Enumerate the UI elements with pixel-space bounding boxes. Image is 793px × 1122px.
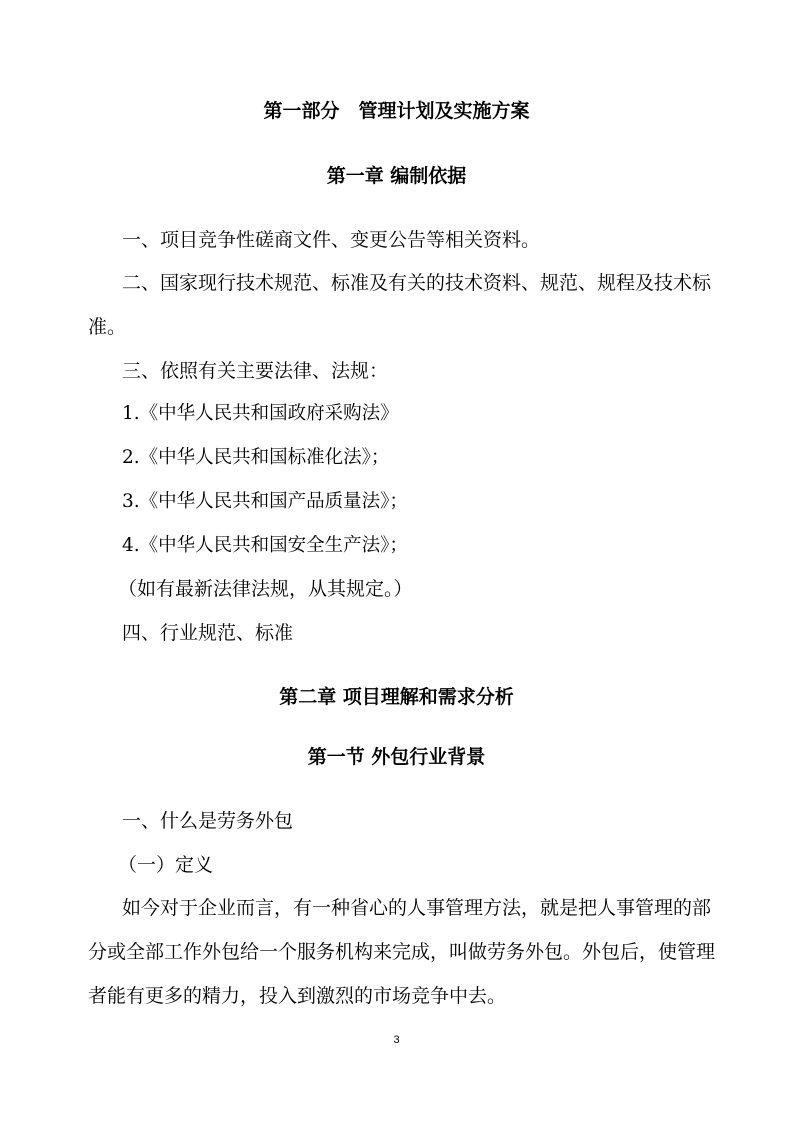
paragraph-line-2: 分或全部工作外包给一个服务机构来完成，叫做劳务外包。外包后，使管理 <box>88 940 715 964</box>
basis-item-4: 四、行业规范、标准 <box>122 621 293 645</box>
chapter-1-title: 第一章 编制依据 <box>0 164 793 188</box>
section-1-title: 第一节 外包行业背景 <box>0 745 793 769</box>
subheading-definition: （一）定义 <box>118 853 213 877</box>
law-item-3: 3.《中华人民共和国产品质量法》； <box>122 490 408 514</box>
paragraph-line-1: 如今对于企业而言，有一种省心的人事管理方法，就是把人事管理的部 <box>122 896 711 920</box>
basis-item-3: 三、依照有关主要法律、法规： <box>122 359 388 383</box>
law-item-4: 4.《中华人民共和国安全生产法》； <box>122 534 408 558</box>
paragraph-line-3: 者能有更多的精力，投入到激烈的市场竞争中去。 <box>88 984 506 1008</box>
basis-item-2: 二、国家现行技术规范、标准及有关的技术资料、规范、规程及技术标 <box>122 271 711 295</box>
subheading-outsourcing: 一、什么是劳务外包 <box>122 809 293 833</box>
basis-item-1: 一、项目竞争性磋商文件、变更公告等相关资料。 <box>122 228 540 252</box>
law-item-1: 1.《中华人民共和国政府采购法》 <box>122 402 399 426</box>
law-item-2: 2.《中华人民共和国标准化法》； <box>122 446 389 470</box>
law-note: （如有最新法律法规，从其规定。） <box>118 577 413 601</box>
part-title: 第一部分 管理计划及实施方案 <box>0 99 793 123</box>
basis-item-2-cont: 准。 <box>88 315 126 339</box>
page-number: 3 <box>0 1034 793 1046</box>
chapter-2-title: 第二章 项目理解和需求分析 <box>0 685 793 709</box>
